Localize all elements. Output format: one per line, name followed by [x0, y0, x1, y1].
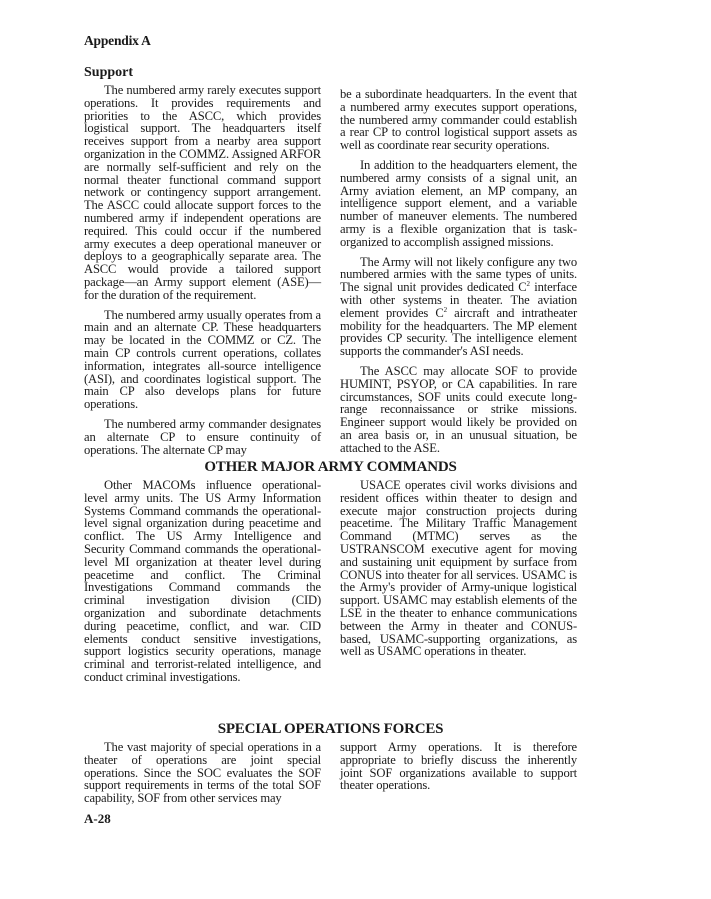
paragraph: The numbered army commander designates a… — [84, 418, 321, 456]
section-heading-sof: SPECIAL OPERATIONS FORCES — [84, 721, 577, 738]
paragraph-continuation: support Army operations. It is therefore… — [340, 741, 577, 792]
paragraph: The ASCC may allocate SOF to provide HUM… — [340, 365, 577, 455]
section-heading-other-macoms: OTHER MAJOR ARMY COMMANDS — [84, 459, 577, 476]
page-number: A-28 — [84, 811, 111, 827]
macoms-right-column: USACE operates civil works divisions and… — [340, 479, 577, 665]
paragraph: USACE operates civil works divisions and… — [340, 479, 577, 658]
section-heading-support: Support — [84, 65, 133, 81]
paragraph: The numbered army rarely executes suppor… — [84, 84, 321, 302]
paragraph: Other MACOMs influence operational-level… — [84, 479, 321, 684]
paragraph-c2: The Army will not likely configure any t… — [340, 256, 577, 358]
support-left-column: The numbered army rarely executes suppor… — [84, 84, 321, 463]
macoms-left-column: Other MACOMs influence operational-level… — [84, 479, 321, 691]
paragraph-continuation: be a subordinate headquarters. In the ev… — [340, 88, 577, 152]
sof-right-column: support Army operations. It is therefore… — [340, 741, 577, 799]
paragraph: The numbered army usually operates from … — [84, 309, 321, 411]
sof-left-column: The vast majority of special operations … — [84, 741, 321, 812]
document-page: Appendix A Support The numbered army rar… — [0, 0, 711, 899]
paragraph: In addition to the headquarters element,… — [340, 159, 577, 249]
support-right-column: be a subordinate headquarters. In the ev… — [340, 88, 577, 462]
paragraph: The vast majority of special operations … — [84, 741, 321, 805]
running-head: Appendix A — [84, 33, 151, 49]
